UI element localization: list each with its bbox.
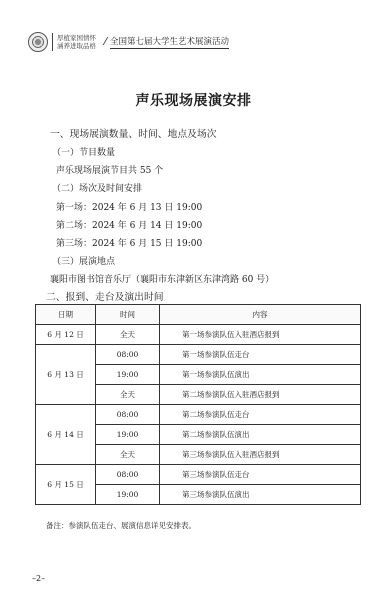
table-row: 6 月 13 日 08:00 第一场参演队伍走台 [36, 345, 361, 365]
content-cell: 第一场参演队伍走台 [160, 345, 361, 365]
event-title: 全国第七届大学生艺术展演活动 [110, 35, 229, 49]
date-cell: 6 月 12 日 [36, 325, 96, 345]
program-count: 声乐现场展演节目共 55 个 [56, 163, 163, 176]
content-cell: 第三场参演队伍演出 [160, 485, 361, 505]
table-row: 6 月 14 日 08:00 第二场参演队伍走台 [36, 405, 361, 425]
time-cell: 08:00 [96, 405, 160, 425]
content-cell: 第三场参演队伍走台 [160, 465, 361, 485]
date-cell: 6 月 14 日 [36, 405, 96, 465]
header-date: 日期 [36, 305, 96, 325]
time-cell: 08:00 [96, 345, 160, 365]
time-cell: 全天 [96, 385, 160, 405]
sub3-heading: （三）展演地点 [52, 254, 115, 267]
content-cell: 第一场参演队伍演出 [160, 365, 361, 385]
content-cell: 第三场参演队伍入驻酒店报到 [160, 445, 361, 465]
date-cell: 6 月 15 日 [36, 465, 96, 505]
table-note: 备注：参演队伍走台、展演信息详见安排表。 [46, 520, 196, 531]
content-cell: 第二场参演队伍走台 [160, 405, 361, 425]
header-divider [52, 33, 53, 51]
header-content: 内容 [160, 305, 361, 325]
content-cell: 第一场参演队伍入驻酒店报到 [160, 325, 361, 345]
content-cell: 第二场参演队伍入驻酒店报到 [160, 385, 361, 405]
page-header: 厚植家国情怀 涵养进取品格 全国第七届大学生艺术展演活动 [28, 31, 229, 53]
sub1-heading: （一）节目数量 [52, 145, 115, 158]
document-title: 声乐现场展演安排 [0, 90, 387, 110]
motto: 厚植家国情怀 涵养进取品格 [57, 34, 96, 50]
header-time: 时间 [96, 305, 160, 325]
schedule-table: 日期 时间 内容 6 月 12 日 全天 第一场参演队伍入驻酒店报到 6 月 1… [35, 304, 361, 505]
table-header-row: 日期 时间 内容 [36, 305, 361, 325]
motto-line-2: 涵养进取品格 [57, 42, 96, 50]
table-row: 6 月 15 日 08:00 第三场参演队伍走台 [36, 465, 361, 485]
content-cell: 第二场参演队伍演出 [160, 425, 361, 445]
date-cell: 6 月 13 日 [36, 345, 96, 405]
time-cell: 19:00 [96, 425, 160, 445]
session-1: 第一场：2024 年 6 月 13 日 19:00 [56, 200, 202, 213]
time-cell: 全天 [96, 445, 160, 465]
venue: 襄阳市图书馆音乐厅（襄阳市东津新区东津湾路 60 号） [50, 272, 274, 285]
table-row: 6 月 12 日 全天 第一场参演队伍入驻酒店报到 [36, 325, 361, 345]
university-emblem-icon [28, 32, 48, 52]
sub2-heading: （二）场次及时间安排 [52, 181, 142, 194]
section2-heading: 二、报到、走台及演出时间 [46, 289, 164, 303]
time-cell: 全天 [96, 325, 160, 345]
session-3: 第三场：2024 年 6 月 15 日 19:00 [56, 236, 202, 249]
session-2: 第二场：2024 年 6 月 14 日 19:00 [56, 218, 202, 231]
section1-heading: 一、现场展演数量、时间、地点及场次 [50, 126, 217, 140]
page-number: –2– [32, 574, 45, 583]
time-cell: 19:00 [96, 485, 160, 505]
time-cell: 19:00 [96, 365, 160, 385]
motto-line-1: 厚植家国情怀 [57, 34, 96, 42]
time-cell: 08:00 [96, 465, 160, 485]
